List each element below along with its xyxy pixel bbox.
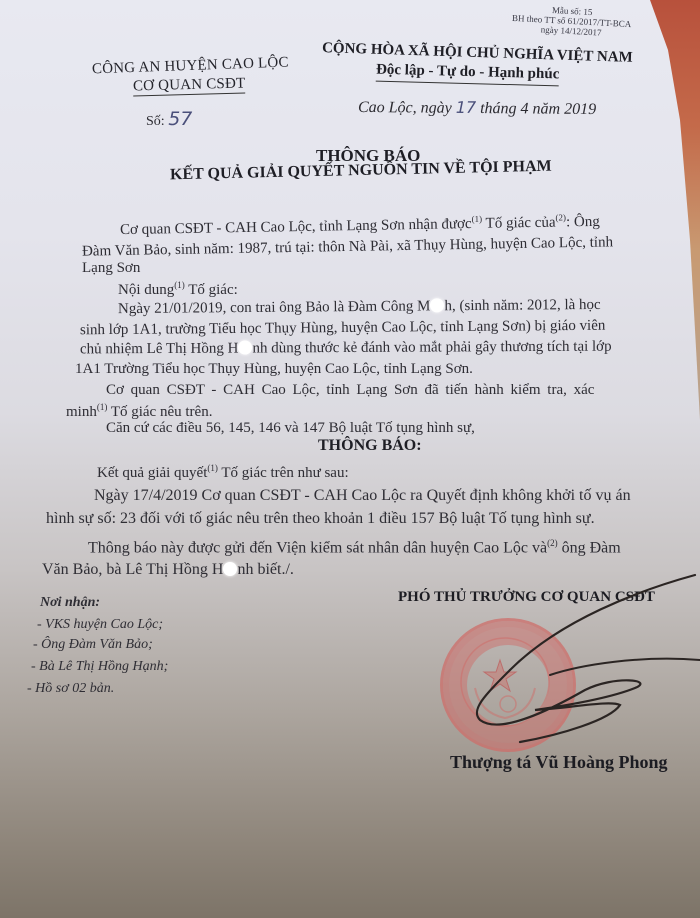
text: Tố giác nêu trên. (107, 404, 212, 420)
paragraph-2-line-4: 1A1 Trường Tiểu học Thụy Hùng, huyện Cao… (75, 361, 473, 378)
paragraph-2-line-2: sinh lớp 1A1, trường Tiểu học Thụy Hùng,… (80, 318, 606, 340)
footnote-ref: (2) (547, 538, 558, 548)
text: Tố giác của (482, 215, 556, 232)
recipients-label: Nơi nhận: (40, 595, 100, 611)
recipient-item: - Ông Đàm Văn Bảo; (33, 637, 153, 653)
title-line2: KẾT QUẢ GIẢI QUYẾT NGUỒN TIN VỀ TỘI PHẠM (170, 158, 552, 185)
header-country: CỘNG HÒA XÃ HỘI CHỦ NGHĨA VIỆT NAM (322, 40, 633, 67)
text: Cơ quan CSĐT - CAH Cao Lộc, tỉnh Lạng Sơ… (120, 216, 472, 238)
footnote-ref: (1) (471, 214, 482, 224)
text: nh dùng thước kẻ đánh vào mắt phải gây t… (252, 339, 611, 357)
paragraph-4: Căn cứ các điều 56, 145, 146 và 147 Bộ l… (106, 420, 475, 437)
footnote-ref: (1) (207, 463, 218, 473)
paragraph-2-line-1: Ngày 21/01/2019, con trai ông Bảo là Đàm… (118, 297, 601, 318)
redaction-mark (430, 298, 444, 312)
content-label: Nội dung(1) Tố giác: (118, 280, 238, 299)
header-agency: CÔNG AN HUYỆN CAO LỘC (92, 55, 289, 79)
text: : Ông (566, 214, 600, 231)
paragraph-2-line-3: chủ nhiệm Lê Thị Hồng Hnh dùng thước kẻ … (80, 339, 612, 359)
paragraph-6-line-2: hình sự số: 23 đối với tố giác nêu trên … (46, 510, 595, 528)
notice-heading: THÔNG BÁO: (318, 437, 422, 455)
signer-name: Thượng tá Vũ Hoàng Phong (450, 752, 668, 773)
recipient-item: - Bà Lê Thị Hồng Hạnh; (31, 659, 168, 675)
text: nh biết./. (237, 561, 293, 578)
text: Thông báo này được gửi đến Viện kiểm sát… (88, 539, 547, 556)
text: minh (66, 404, 97, 420)
footnote-ref: (2) (555, 212, 566, 222)
text: Kết quả giải quyết (97, 465, 207, 481)
header-department: CƠ QUAN CSĐT (133, 76, 246, 96)
document-number: Số: 57 (146, 108, 192, 130)
footnote-ref: (1) (174, 280, 185, 290)
paragraph-3-line-2: minh(1) Tố giác nêu trên. (66, 402, 212, 421)
recipient-item: - VKS huyện Cao Lộc; (37, 617, 163, 633)
text: chủ nhiệm Lê Thị Hồng H (80, 341, 239, 358)
motto-text: Độc lập - Tự do - Hạnh phúc (376, 62, 560, 87)
text: Tố giác: (185, 282, 238, 298)
header-motto: Độc lập - Tự do - Hạnh phúc (376, 62, 560, 84)
footnote-ref: (1) (97, 402, 108, 412)
form-reference: Mẫu số: 15 BH theo TT số 61/2017/TT-BCA … (511, 3, 632, 39)
document-page: Mẫu số: 15 BH theo TT số 61/2017/TT-BCA … (0, 0, 700, 918)
department-name: CƠ QUAN CSĐT (133, 76, 246, 97)
paragraph-7-line-1: Thông báo này được gửi đến Viện kiểm sát… (88, 538, 621, 557)
signature-mark-icon (440, 560, 700, 760)
redaction-mark (238, 340, 252, 354)
date-prefix: Cao Lộc, ngày (358, 99, 452, 117)
text: Tố giác trên như sau: (218, 465, 349, 481)
paragraph-5: Kết quả giải quyết(1) Tố giác trên như s… (97, 463, 349, 482)
paragraph-6-line-1: Ngày 17/4/2019 Cơ quan CSĐT - CAH Cao Lộ… (94, 487, 631, 505)
date-suffix: tháng 4 năm 2019 (480, 100, 596, 118)
text: Ngày 21/01/2019, con trai ông Bảo là Đàm… (118, 298, 431, 317)
number-label: Số: (146, 114, 165, 129)
header-date: Cao Lộc, ngày 17 tháng 4 năm 2019 (358, 97, 596, 119)
text: Văn Bảo, bà Lê Thị Hồng H (42, 561, 223, 578)
text: h, (sinh năm: 2012, là học (444, 297, 600, 314)
paragraph-3-line-1: Cơ quan CSĐT - CAH Cao Lộc, tỉnh Lạng Sơ… (106, 382, 594, 399)
number-value: 57 (168, 108, 192, 130)
text: Nội dung (118, 282, 174, 298)
text: ông Đàm (558, 539, 621, 556)
redaction-mark (223, 562, 237, 576)
date-day: 17 (456, 98, 477, 117)
paragraph-7-line-2: Văn Bảo, bà Lê Thị Hồng Hnh biết./. (42, 561, 294, 579)
recipient-item: - Hồ sơ 02 bản. (27, 681, 114, 697)
paragraph-1-line-3: Lạng Sơn (82, 260, 140, 277)
